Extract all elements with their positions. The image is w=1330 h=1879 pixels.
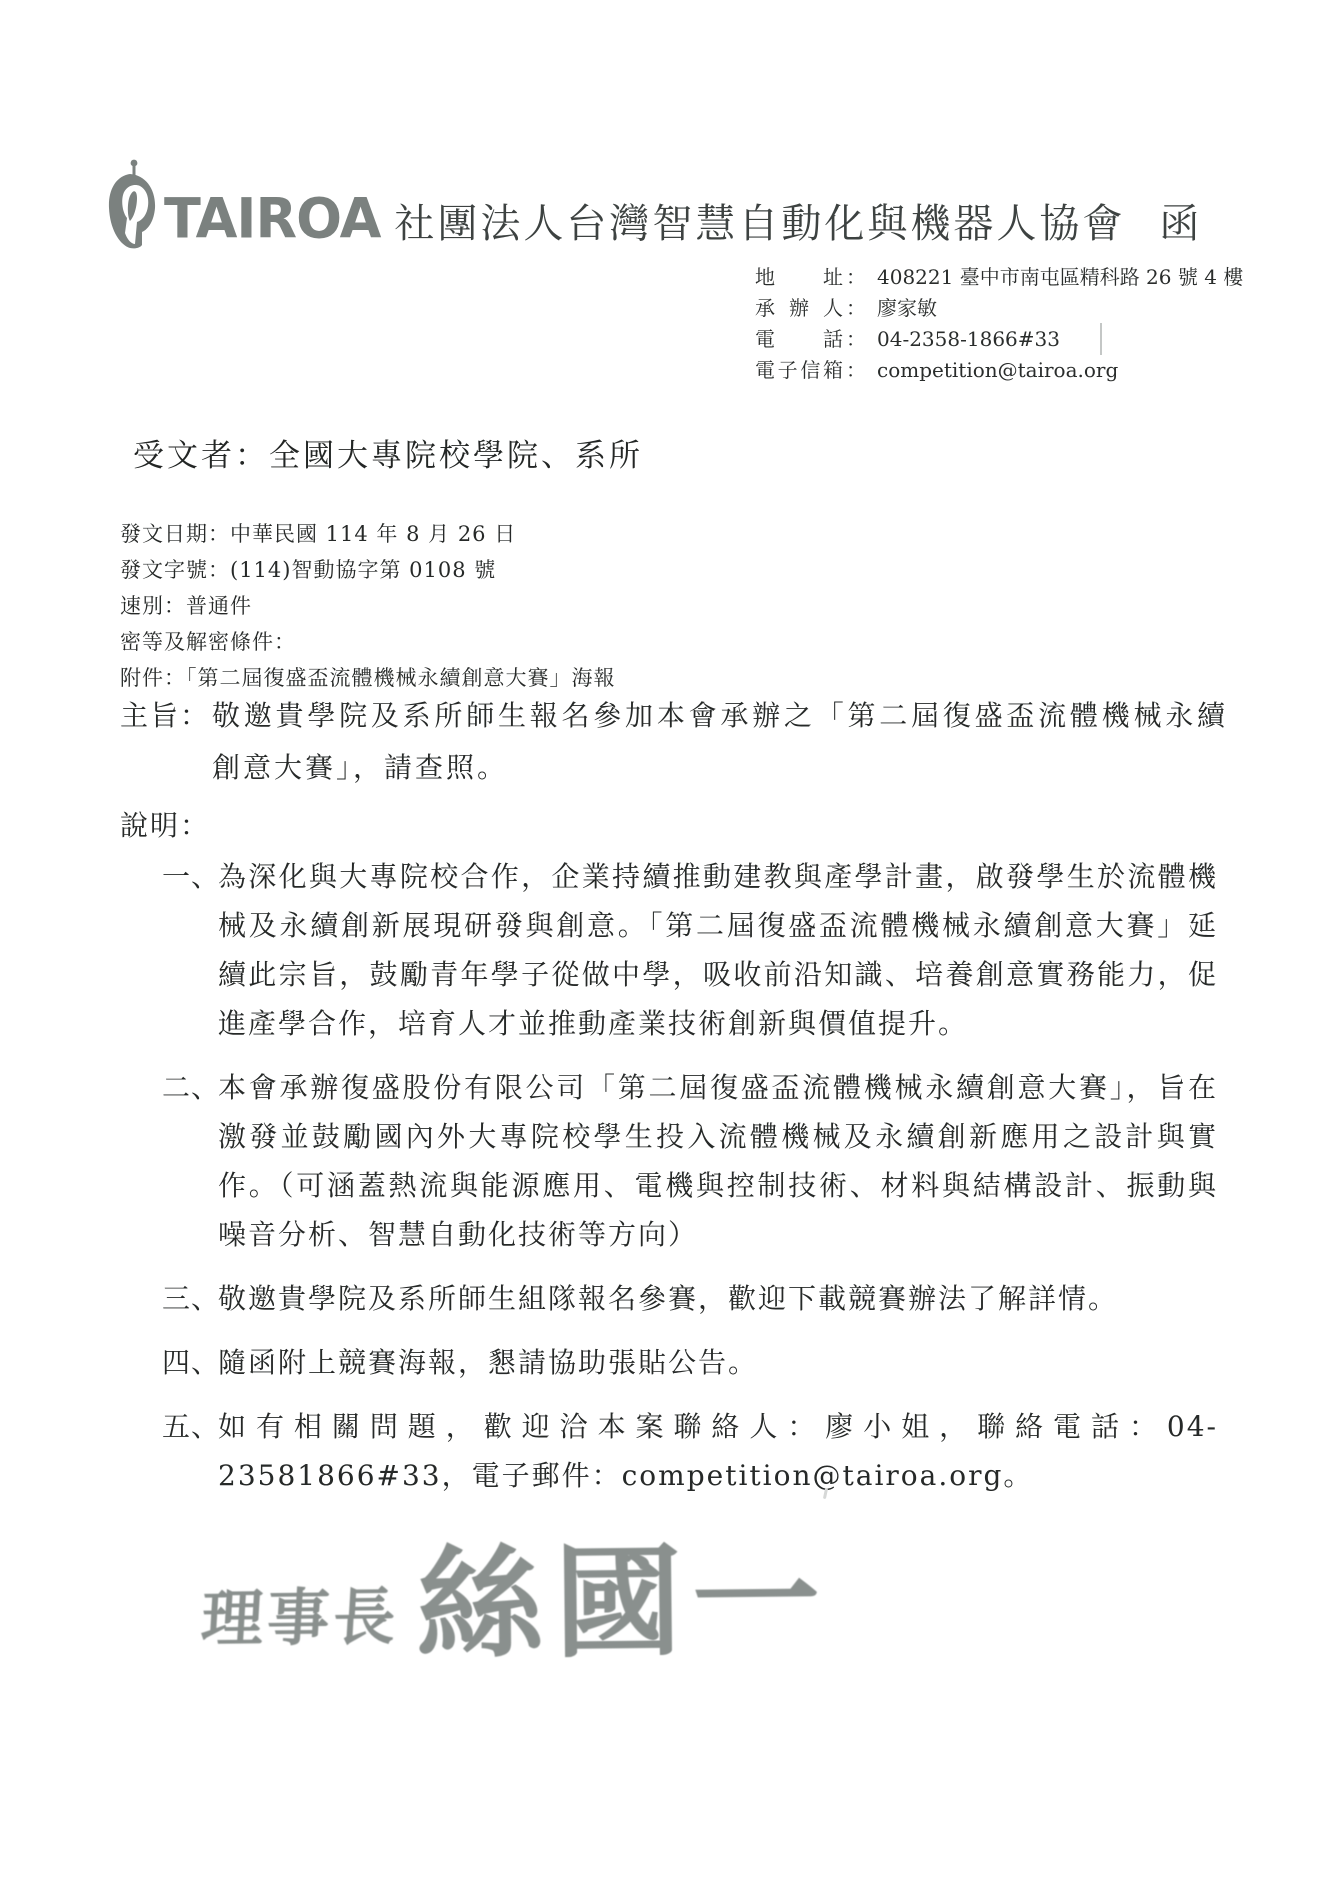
recipient-line: 受文者：全國大專院校學院、系所: [133, 430, 643, 475]
item-text: 敬邀貴學院及系所師生組隊報名參賽，歡迎下載競賽辦法了解詳情。: [218, 1274, 1218, 1323]
contact-separator: ：: [843, 293, 869, 324]
explanation-item-5: 五、 如有相關問題，歡迎洽本案聯絡人：廖小姐，聯絡電話：04-23581866#…: [162, 1402, 1218, 1500]
contact-label: 地 址: [755, 262, 843, 293]
item-number: 三、: [162, 1274, 218, 1323]
meta-security-class: 密等及解密條件：: [120, 624, 616, 660]
item-text: 如有相關問題，歡迎洽本案聯絡人：廖小姐，聯絡電話：04-23581866#33，…: [218, 1402, 1218, 1500]
item-number: 一、: [162, 852, 218, 1048]
item-text: 本會承辦復盛股份有限公司「第二屆復盛盃流體機械永續創意大賽」，旨在激發並鼓勵國內…: [218, 1063, 1218, 1259]
contact-row-address: 地 址 ： 408221 臺中市南屯區精科路 26 號 4 樓: [755, 262, 1243, 293]
recipient-label: 受文者：: [133, 438, 269, 474]
document-meta-block: 發文日期：中華民國 114 年 8 月 26 日 發文字號：(114)智動協字第…: [120, 516, 616, 696]
contact-separator: ：: [843, 262, 869, 293]
contact-label: 承辦人: [755, 293, 843, 324]
explanation-label: 說明：: [120, 804, 210, 844]
contact-label: 電 話: [755, 324, 843, 355]
letterhead: TAIROA 社團法人台灣智慧自動化與機器人協會 函: [106, 158, 1199, 250]
contact-row-phone: 電 話 ： 04-2358-1866#33: [755, 324, 1243, 355]
logo-wordmark: TAIROA: [164, 191, 380, 250]
scan-artifact-line: [1100, 323, 1102, 355]
stamp-title: 理事長: [199, 1567, 402, 1658]
explanation-items: 一、 為深化與大專院校合作，企業持續推動建教與產學計畫，啟發學生於流體機械及永續…: [162, 852, 1218, 1515]
meta-ref-number: 發文字號：(114)智動協字第 0108 號: [120, 552, 616, 588]
subject-section: 主旨： 敬邀貴學院及系所師生報名參加本會承辦之「第二屆復盛盃流體機械永續創意大賽…: [120, 690, 1228, 794]
meta-issue-date: 發文日期：中華民國 114 年 8 月 26 日: [120, 516, 616, 552]
subject-label: 主旨：: [120, 690, 212, 794]
recipient-value: 全國大專院校學院、系所: [269, 438, 643, 474]
scanned-letter-page: TAIROA 社團法人台灣智慧自動化與機器人協會 函 地 址 ： 408221 …: [0, 0, 1330, 1879]
contact-value-email: competition@tairoa.org: [877, 355, 1118, 386]
contact-info-block: 地 址 ： 408221 臺中市南屯區精科路 26 號 4 樓 承辦人 ： 廖家…: [755, 262, 1243, 386]
item-number: 二、: [162, 1063, 218, 1259]
contact-row-email: 電子信箱 ： competition@tairoa.org: [755, 355, 1243, 386]
contact-label: 電子信箱: [755, 355, 843, 386]
explanation-item-4: 四、 隨函附上競賽海報，懇請協助張貼公告。: [162, 1338, 1218, 1387]
item-number: 四、: [162, 1338, 218, 1387]
explanation-item-2: 二、 本會承辦復盛股份有限公司「第二屆復盛盃流體機械永續創意大賽」，旨在激發並鼓…: [162, 1063, 1218, 1259]
contact-row-handler: 承辦人 ： 廖家敏: [755, 293, 1243, 324]
tairoa-logo-icon: [106, 158, 158, 250]
document-type-label: 函: [1159, 204, 1199, 250]
meta-speed-class: 速別：普通件: [120, 588, 616, 624]
contact-value-phone: 04-2358-1866#33: [877, 324, 1060, 355]
item-text: 為深化與大專院校合作，企業持續推動建教與產學計畫，啟發學生於流體機械及永續創新展…: [218, 852, 1218, 1048]
chairman-signature-stamp: 理事長 絲國一: [201, 1537, 830, 1672]
stamp-name: 絲國一: [415, 1540, 830, 1666]
contact-separator: ：: [843, 324, 869, 355]
subject-text: 敬邀貴學院及系所師生報名參加本會承辦之「第二屆復盛盃流體機械永續創意大賽」，請查…: [212, 690, 1228, 794]
item-text: 隨函附上競賽海報，懇請協助張貼公告。: [218, 1338, 1218, 1387]
item-number: 五、: [162, 1402, 218, 1500]
explanation-item-1: 一、 為深化與大專院校合作，企業持續推動建教與產學計畫，啟發學生於流體機械及永續…: [162, 852, 1218, 1048]
explanation-item-3: 三、 敬邀貴學院及系所師生組隊報名參賽，歡迎下載競賽辦法了解詳情。: [162, 1274, 1218, 1323]
organization-name: 社團法人台灣智慧自動化與機器人協會: [394, 204, 1125, 250]
contact-separator: ：: [843, 355, 869, 386]
contact-value-address: 408221 臺中市南屯區精科路 26 號 4 樓: [877, 262, 1243, 293]
contact-value-handler: 廖家敏: [877, 293, 937, 324]
